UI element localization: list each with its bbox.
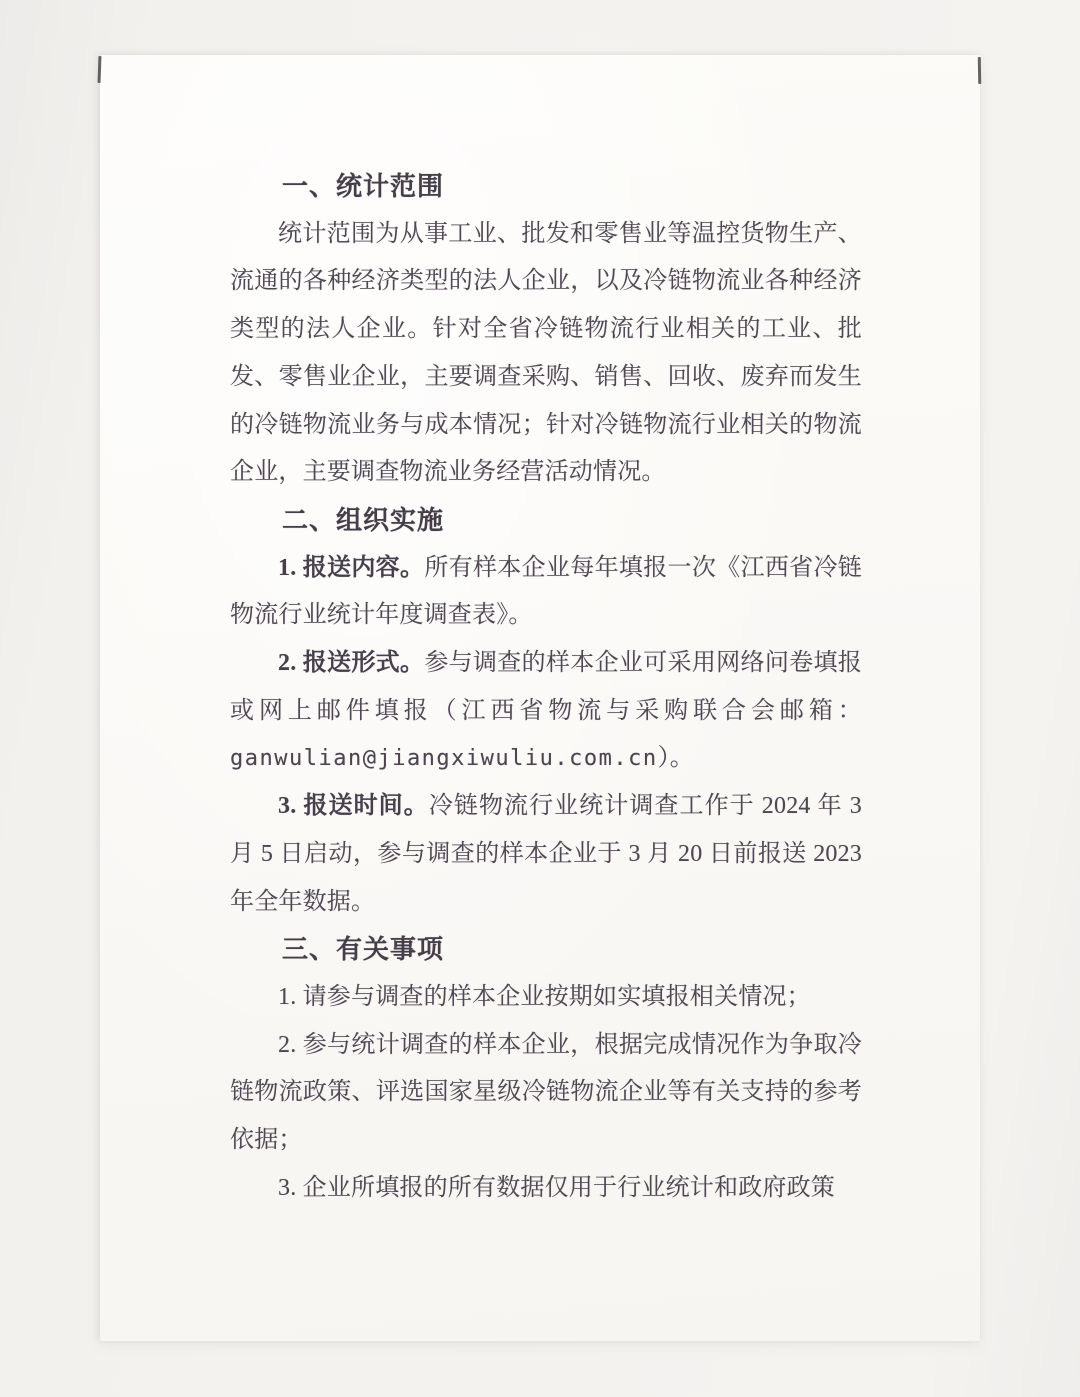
- item-report-format-text-after: ）。: [658, 745, 694, 771]
- item-related-matter-1: 1. 请参与调查的样本企业按期如实填报相关情况；: [230, 974, 862, 1022]
- scan-corner-mark-right: [978, 57, 981, 84]
- item-report-format: 2. 报送形式。参与调查的样本企业可采用网络问卷填报或网上邮件填报（江西省物流与…: [230, 640, 862, 783]
- item-report-content-label: 1. 报送内容。: [278, 555, 424, 581]
- section-heading-related-matters: 三、有关事项: [230, 926, 862, 974]
- item-report-format-label: 2. 报送形式。: [278, 650, 424, 676]
- section-heading-statistical-scope: 一、统计范围: [230, 163, 862, 211]
- item-related-matter-2: 2. 参与统计调查的样本企业，根据完成情况作为争取冷链物流政策、评选国家星级冷链…: [230, 1022, 862, 1165]
- item-report-content: 1. 报送内容。所有样本企业每年填报一次《江西省冷链物流行业统计年度调查表》。: [230, 545, 862, 640]
- paragraph-statistical-scope: 统计范围为从事工业、批发和零售业等温控货物生产、流通的各种经济类型的法人企业，以…: [230, 211, 862, 497]
- section-heading-organization-implementation: 二、组织实施: [230, 497, 862, 545]
- contact-email-address: ganwulian@jiangxiwuliu.com.cn: [230, 746, 658, 771]
- scanned-document-canvas: 一、统计范围 统计范围为从事工业、批发和零售业等温控货物生产、流通的各种经济类型…: [0, 0, 1080, 1397]
- item-related-matter-3: 3. 企业所填报的所有数据仅用于行业统计和政府政策: [230, 1165, 862, 1213]
- document-body: 一、统计范围 统计范围为从事工业、批发和零售业等温控货物生产、流通的各种经济类型…: [230, 163, 862, 1212]
- item-report-time: 3. 报送时间。冷链物流行业统计调查工作于 2024 年 3 月 5 日启动，参…: [230, 783, 862, 926]
- item-report-time-label: 3. 报送时间。: [278, 793, 429, 819]
